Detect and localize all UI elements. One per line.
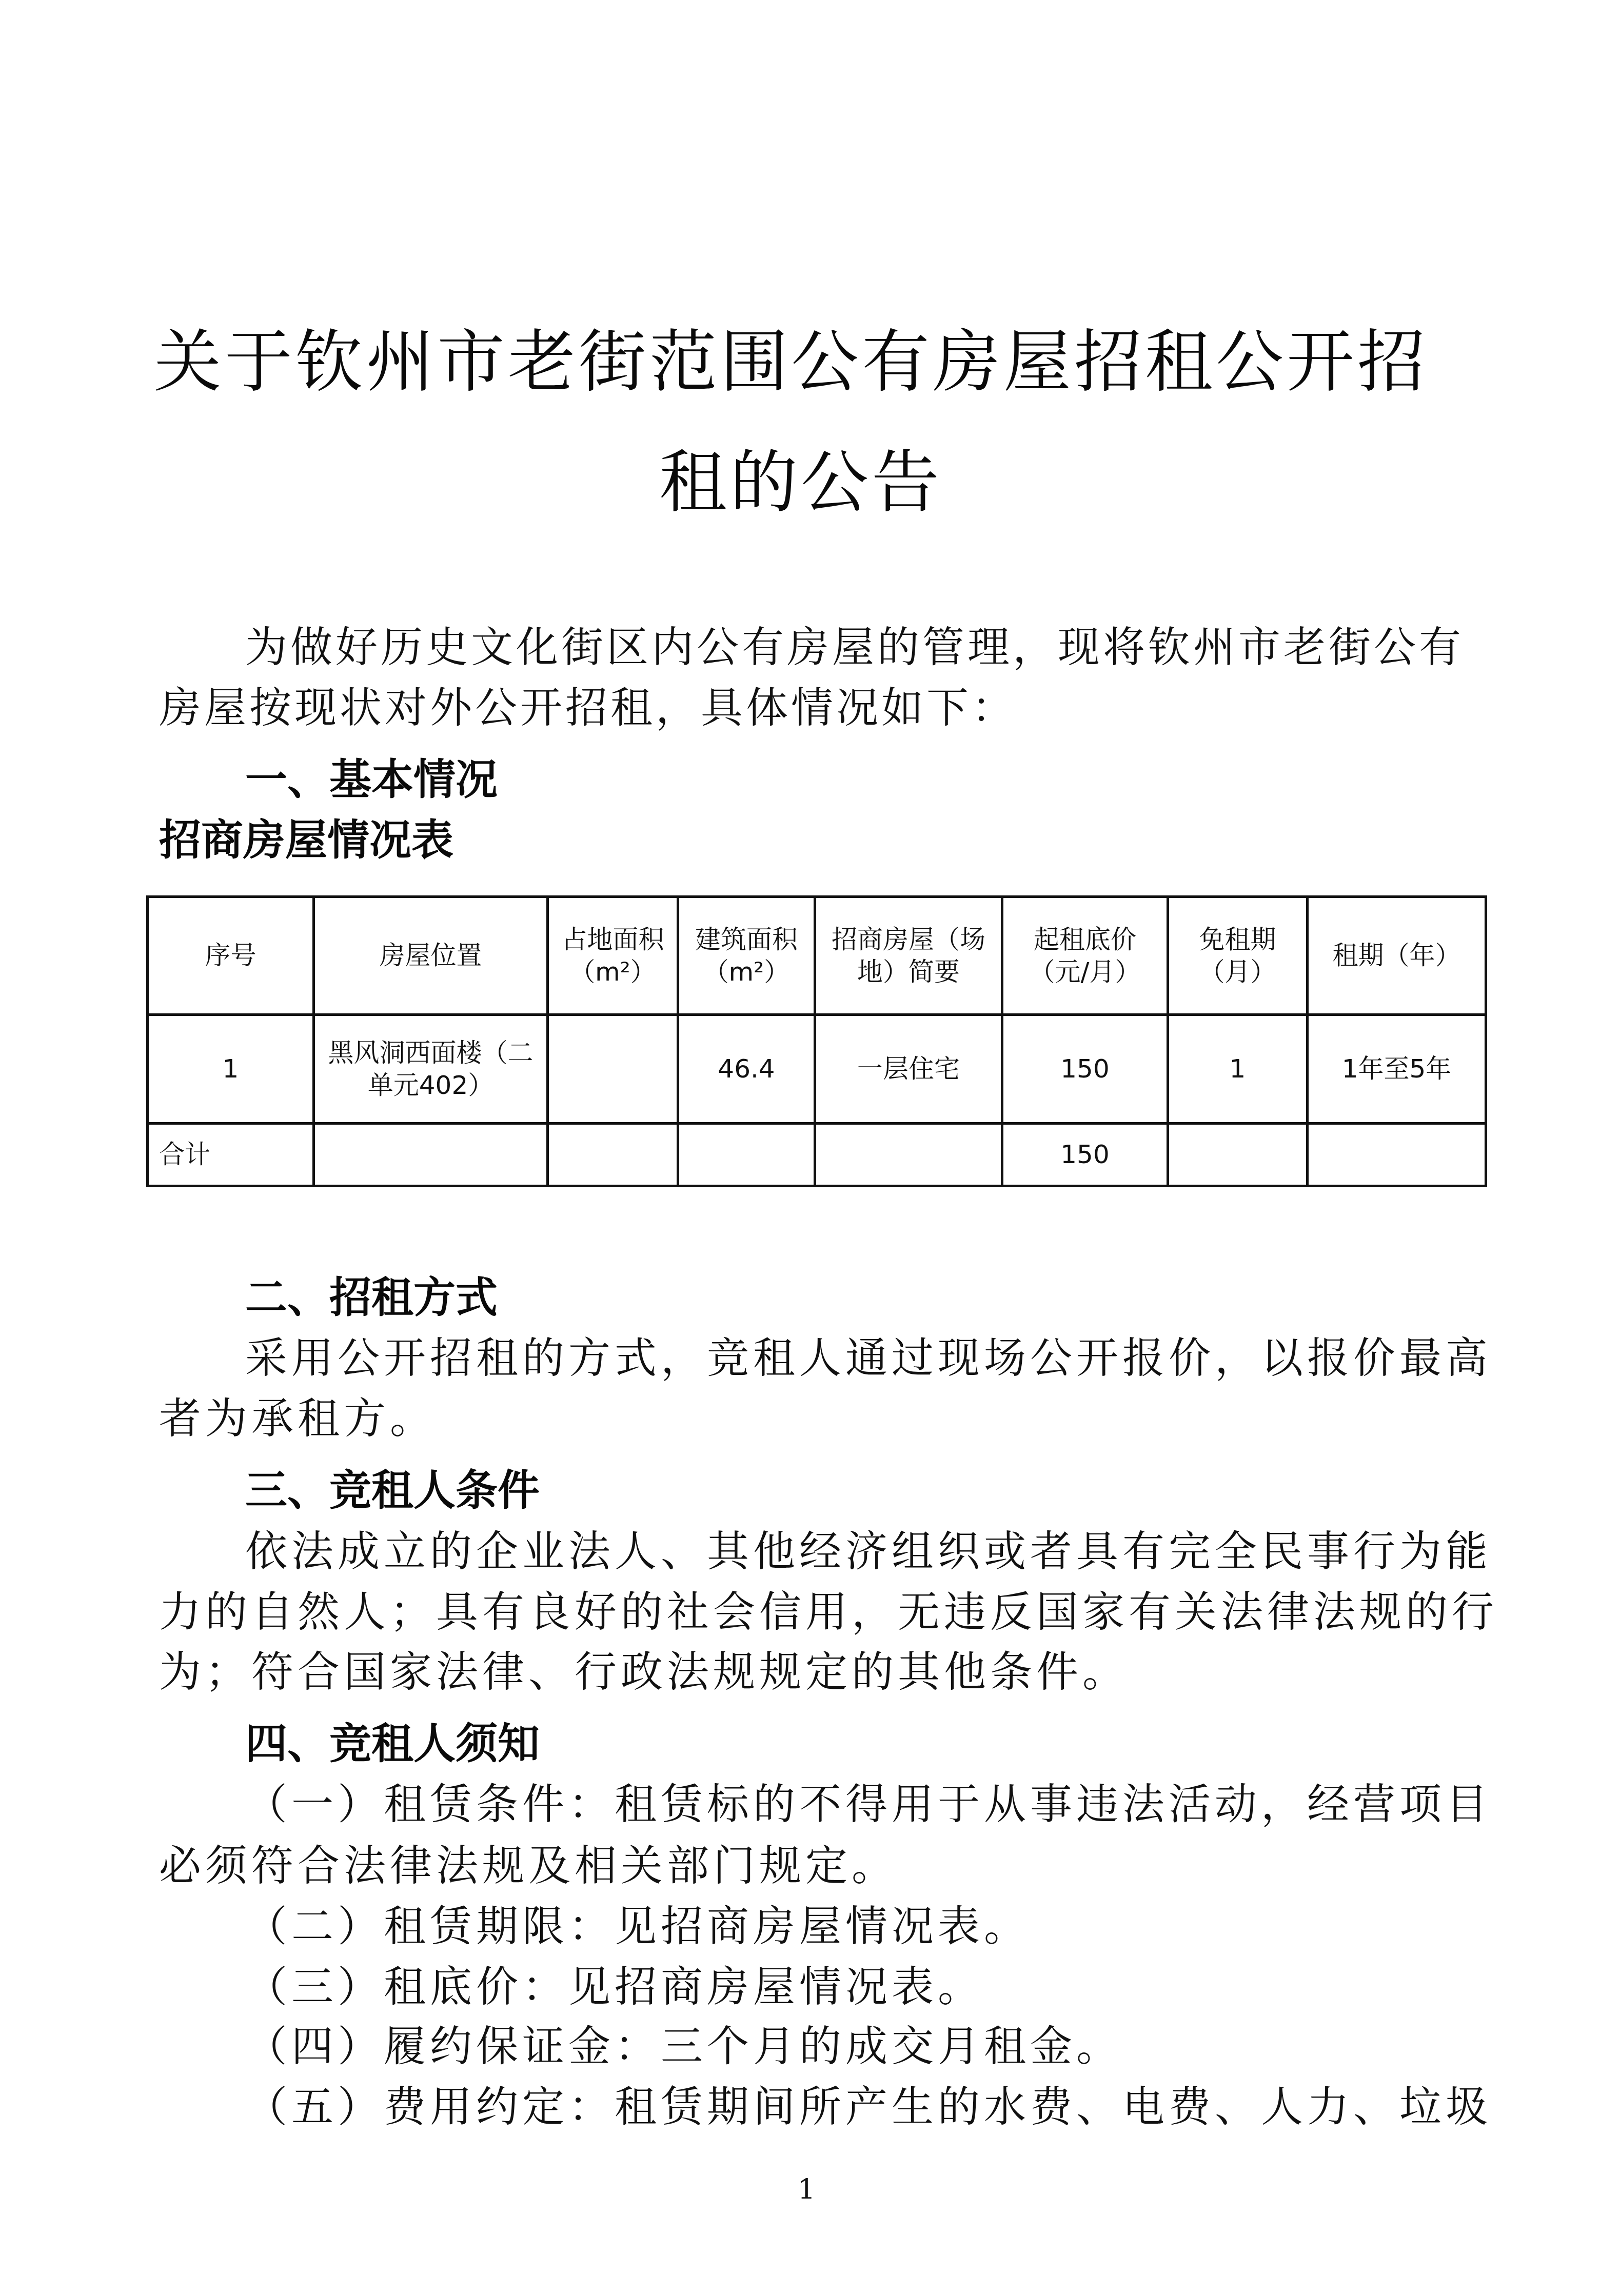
- intro-paragraph-line-1: 为做好历史文化街区内公有房屋的管理，现将钦州市老街公有: [245, 627, 1464, 669]
- cell-building-area: 46.4: [678, 1015, 815, 1124]
- section-3-line-3: 为；符合国家法律、行政法规规定的其他条件。: [159, 1651, 1129, 1693]
- section-3-line-2: 力的自然人；具有良好的社会信用，无违反国家有关法律法规的行: [159, 1591, 1498, 1633]
- header-base-rent: 起租底价（元/月）: [1002, 897, 1168, 1015]
- total-location: [314, 1124, 548, 1186]
- section-2-line-2: 者为承租方。: [159, 1398, 436, 1440]
- cell-term: 1年至5年: [1308, 1015, 1486, 1124]
- total-term: [1308, 1124, 1486, 1186]
- total-rent-free: [1168, 1124, 1308, 1186]
- section-1-heading: 一、基本情况: [245, 759, 498, 801]
- section-4-item-2: （二）租赁期限：见招商房屋情况表。: [245, 1906, 1030, 1948]
- cell-summary: 一层住宅: [815, 1015, 1002, 1124]
- cell-rent-free: 1: [1168, 1015, 1308, 1124]
- table-total-row: 合计 150: [148, 1124, 1486, 1186]
- cell-location: 黑风洞西面楼（二单元402）: [314, 1015, 548, 1124]
- section-3-line-1: 依法成立的企业法人、其他经济组织或者具有完全民事行为能: [245, 1531, 1492, 1573]
- table-row: 1 黑风洞西面楼（二单元402） 46.4 一层住宅 150 1 1年至5年: [148, 1015, 1486, 1124]
- rental-property-table: 序号 房屋位置 占地面积（m²） 建筑面积（m²） 招商房屋（场地）简要 起租底…: [146, 895, 1487, 1187]
- intro-paragraph-line-2: 房屋按现状对外公开招租，具体情况如下：: [159, 687, 1017, 729]
- total-summary: [815, 1124, 1002, 1186]
- cell-base-rent: 150: [1002, 1015, 1168, 1124]
- total-base-rent: 150: [1002, 1124, 1168, 1186]
- header-term: 租期（年）: [1308, 897, 1486, 1015]
- page-number: 1: [798, 2173, 815, 2206]
- section-4-heading: 四、竞租人须知: [245, 1723, 540, 1765]
- section-4-item-1-line-1: （一）租赁条件：租赁标的不得用于从事违法活动，经营项目: [245, 1784, 1492, 1826]
- section-2-line-1: 采用公开招租的方式，竞租人通过现场公开报价，以报价最高: [245, 1337, 1492, 1380]
- header-rent-free: 免租期（月）: [1168, 897, 1308, 1015]
- section-4-item-5: （五）费用约定：租赁期间所产生的水费、电费、人力、垃圾: [245, 2086, 1492, 2128]
- document-title-line-1: 关于钦州市老街范围公有房屋招租公开招: [154, 328, 1428, 396]
- total-land-area: [548, 1124, 678, 1186]
- header-land-area: 占地面积（m²）: [548, 897, 678, 1015]
- section-3-heading: 三、竞租人条件: [245, 1470, 540, 1512]
- table-caption: 招商房屋情况表: [159, 820, 453, 862]
- header-index: 序号: [148, 897, 314, 1015]
- section-4-item-3: （三）租底价：见招商房屋情况表。: [245, 1966, 984, 2008]
- cell-land-area: [548, 1015, 678, 1124]
- document-title-line-2: 租的公告: [659, 449, 942, 516]
- table-header-row: 序号 房屋位置 占地面积（m²） 建筑面积（m²） 招商房屋（场地）简要 起租底…: [148, 897, 1486, 1015]
- total-building-area: [678, 1124, 815, 1186]
- header-building-area: 建筑面积（m²）: [678, 897, 815, 1015]
- cell-index: 1: [148, 1015, 314, 1124]
- section-2-heading: 二、招租方式: [245, 1277, 498, 1319]
- section-4-item-1-line-2: 必须符合法律法规及相关部门规定。: [159, 1845, 898, 1887]
- header-location: 房屋位置: [314, 897, 548, 1015]
- total-label: 合计: [148, 1124, 314, 1186]
- header-summary: 招商房屋（场地）简要: [815, 897, 1002, 1015]
- section-4-item-4: （四）履约保证金：三个月的成交月租金。: [245, 2026, 1122, 2068]
